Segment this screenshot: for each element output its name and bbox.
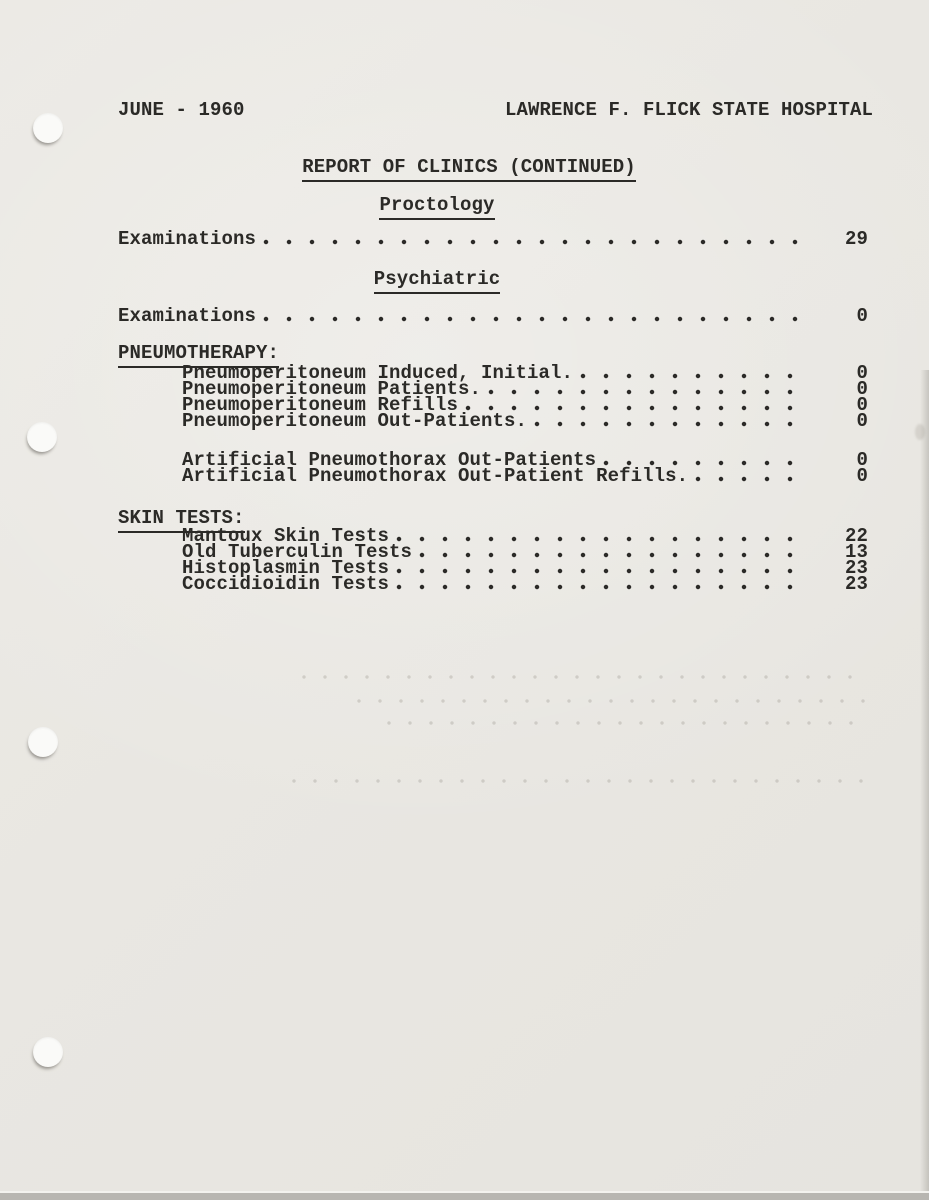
- section-heading-text: Proctology: [379, 194, 494, 220]
- stat-value: 0: [810, 468, 868, 485]
- dot-leader: [394, 560, 810, 577]
- stat-label: Pneumoperitoneum Out-Patients.: [182, 413, 527, 430]
- bleedthrough-dots: [290, 772, 865, 788]
- stat-value: 23: [810, 576, 868, 593]
- stat-label: Examinations: [118, 231, 256, 248]
- stat-value: 29: [810, 231, 868, 248]
- dot-leader: [486, 381, 810, 398]
- stat-row: Pneumoperitoneum Out-Patients. 0: [182, 413, 868, 430]
- stat-row: Examinations 29: [118, 231, 868, 248]
- bleedthrough-dots: [300, 668, 865, 684]
- report-title: REPORT OF CLINICS (CONTINUED): [9, 157, 929, 177]
- hospital-name: LAWRENCE F. FLICK STATE HOSPITAL: [505, 101, 873, 119]
- section-heading-psychiatric: Psychiatric: [0, 270, 874, 288]
- page-header: JUNE - 1960 LAWRENCE F. FLICK STATE HOSP…: [118, 101, 873, 119]
- dot-leader: [261, 231, 810, 248]
- section-heading-pneumotherapy: PNEUMOTHERAPY:: [118, 344, 279, 362]
- dot-leader: [532, 413, 810, 430]
- page-edge-shadow: [920, 370, 929, 1191]
- scanned-report-page: JUNE - 1960 LAWRENCE F. FLICK STATE HOSP…: [0, 0, 929, 1193]
- dot-leader: [394, 576, 810, 593]
- stat-value: 0: [810, 413, 868, 430]
- stat-row: Examinations 0: [118, 308, 868, 325]
- report-title-text: REPORT OF CLINICS (CONTINUED): [302, 156, 636, 182]
- stat-value: 0: [810, 308, 868, 325]
- dot-leader: [578, 365, 810, 382]
- punch-hole: [33, 1037, 63, 1067]
- bleedthrough-dots: [355, 692, 865, 708]
- dot-leader: [394, 528, 810, 545]
- punch-hole: [27, 422, 57, 452]
- dot-leader: [417, 544, 810, 561]
- punch-hole: [33, 113, 63, 143]
- stat-label: Examinations: [118, 308, 256, 325]
- dot-leader: [693, 468, 810, 485]
- section-heading-text: Psychiatric: [374, 268, 501, 294]
- punch-hole: [28, 727, 58, 757]
- stat-row: Artificial Pneumothorax Out-Patient Refi…: [182, 468, 868, 485]
- heading-colon: :: [268, 342, 280, 364]
- report-date: JUNE - 1960: [118, 101, 245, 119]
- heading-word: PNEUMOTHERAPY: [118, 342, 268, 364]
- stat-row: Coccidioidin Tests 23: [182, 576, 868, 593]
- bleedthrough-dots: [385, 714, 865, 730]
- section-heading-proctology: Proctology: [0, 196, 874, 214]
- stat-label: Coccidioidin Tests: [182, 576, 389, 593]
- stat-label: Artificial Pneumothorax Out-Patient Refi…: [182, 468, 688, 485]
- dot-leader: [261, 308, 810, 325]
